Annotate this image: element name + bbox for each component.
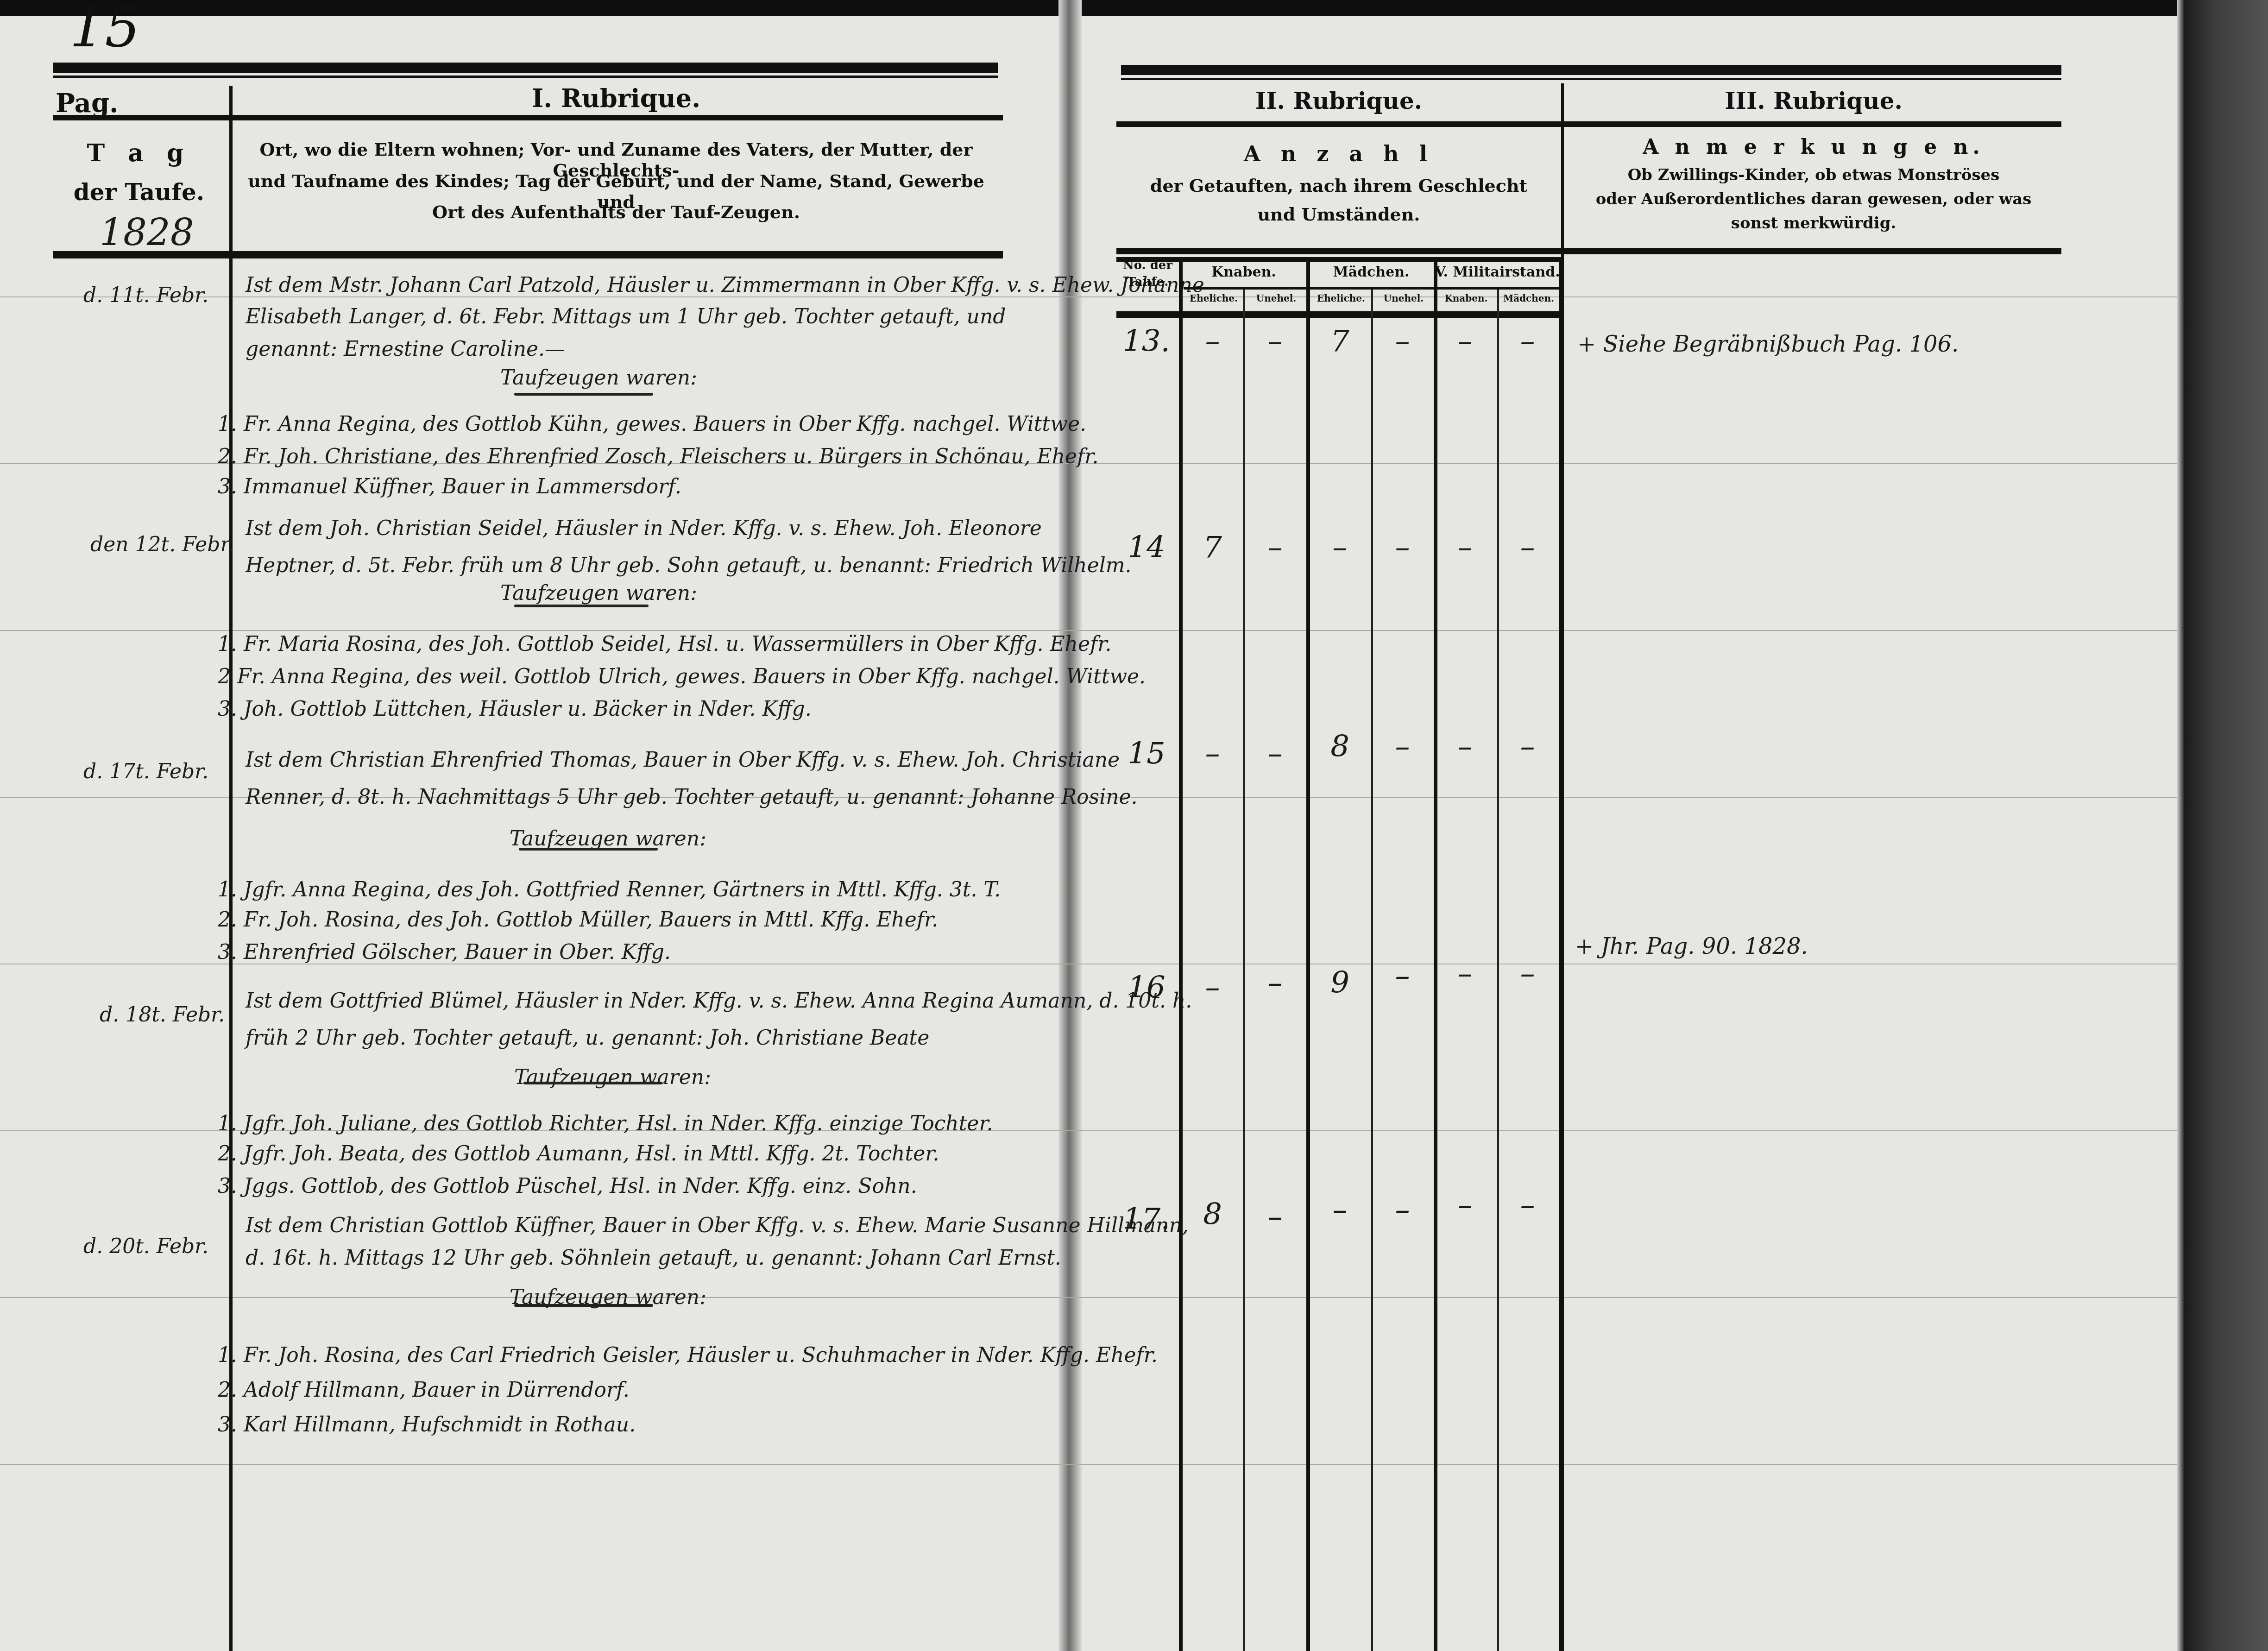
grid-cell-mil-knaben: – bbox=[1436, 957, 1494, 991]
witness-heading-underline bbox=[514, 393, 653, 396]
witness-heading: Taufzeugen waren: bbox=[510, 827, 706, 851]
grid-cell-maedchen-unehel: – bbox=[1373, 324, 1431, 359]
ruled-line bbox=[0, 630, 2177, 631]
rubrique-3-desc-line-4: sonst merkwürdig. bbox=[1566, 214, 2061, 233]
grid-header-no: No. der Taufe. bbox=[1116, 257, 1179, 290]
register-scan: 15 Pag. T a g der Taufe. 1828 I. Rubriqu… bbox=[0, 0, 2268, 1651]
scan-top-shadow bbox=[0, 0, 2268, 16]
grid-column-divider bbox=[1371, 290, 1373, 1651]
entry-text-line: Ist dem Christian Gottlob Küffner, Bauer… bbox=[246, 1214, 1189, 1237]
rubrique-2-desc-line-1: A n z a h l bbox=[1121, 141, 1556, 166]
witness-heading: Taufzeugen waren: bbox=[500, 366, 697, 390]
witness-heading-underline bbox=[519, 848, 658, 851]
witness-heading-underline bbox=[514, 1304, 653, 1307]
entry-text-line: d. 16t. h. Mittags 12 Uhr geb. Söhnlein … bbox=[246, 1246, 1061, 1270]
grid-header-knaben-eheliche: Eheliche. bbox=[1184, 293, 1244, 304]
witness-line: 1. Fr. Maria Rosina, des Joh. Gottlob Se… bbox=[218, 632, 1111, 656]
header-top-rule-thin bbox=[53, 76, 998, 78]
grid-cell-maedchen-ehel: 9 bbox=[1311, 966, 1369, 1000]
header-bottom-rule bbox=[1116, 248, 2061, 254]
witness-line: 2. Fr. Joh. Rosina, des Joh. Gottlob Mül… bbox=[218, 908, 938, 932]
rubrique-2-title: II. Rubrique. bbox=[1121, 87, 1556, 114]
rubrique-1-title: I. Rubrique. bbox=[234, 83, 998, 113]
pag-header: Pag. bbox=[56, 88, 222, 119]
grid-cell-mil-maedchen: – bbox=[1499, 324, 1556, 359]
entry-text-line: Ist dem Gottfried Blümel, Häusler in Nde… bbox=[246, 989, 1192, 1013]
entry-text-line: Heptner, d. 5t. Febr. früh um 8 Uhr geb.… bbox=[246, 554, 1132, 577]
grid-cell-no: 17. bbox=[1119, 1202, 1174, 1236]
witness-line: 3. Joh. Gottlob Lüttchen, Häusler u. Bäc… bbox=[218, 697, 812, 721]
entry-date: d. 11t. Febr. bbox=[83, 284, 208, 307]
grid-cell-mil-maedchen: – bbox=[1499, 530, 1556, 565]
entry-text-line: genannt: Ernestine Caroline.— bbox=[246, 337, 565, 361]
entry-text-line: Ist dem Christian Ehrenfried Thomas, Bau… bbox=[246, 748, 1120, 772]
entry-text-line: Renner, d. 8t. h. Nachmittags 5 Uhr geb.… bbox=[246, 785, 1138, 809]
grid-cell-knaben-ehel: 7 bbox=[1184, 530, 1241, 565]
grid-cell-maedchen-unehel: – bbox=[1373, 730, 1431, 764]
header-bottom-rule bbox=[53, 251, 1003, 258]
grid-column-divider bbox=[1559, 257, 1563, 1651]
witness-heading-underline bbox=[523, 1082, 662, 1084]
grid-cell-knaben-ehel: 8 bbox=[1184, 1197, 1241, 1232]
witness-line: 3. Ehrenfried Gölscher, Bauer in Ober. K… bbox=[218, 940, 671, 964]
remark-text: + Jhr. Pag. 90. 1828. bbox=[1575, 933, 1808, 959]
grid-cell-no: 16 bbox=[1119, 970, 1174, 1005]
grid-header-mil-knaben: Knaben. bbox=[1436, 293, 1496, 304]
grid-cell-maedchen-unehel: – bbox=[1373, 530, 1431, 565]
rubrique-3-title: III. Rubrique. bbox=[1566, 87, 2061, 114]
rubrique-1-desc-line-3: Ort des Aufenthalts der Tauf-Zeugen. bbox=[234, 202, 998, 222]
entry-text-line: Ist dem Joh. Christian Seidel, Häusler i… bbox=[246, 517, 1042, 540]
grid-header-militairstand: V. Militairstand. bbox=[1434, 264, 1561, 280]
grid-cell-no: 15 bbox=[1119, 737, 1174, 771]
witness-heading-underline bbox=[514, 605, 649, 607]
witness-line: 3. Immanuel Küffner, Bauer in Lammersdor… bbox=[218, 475, 681, 498]
grid-cell-maedchen-unehel: – bbox=[1373, 1193, 1431, 1227]
witness-heading: Taufzeugen waren: bbox=[514, 1065, 711, 1089]
grid-cell-mil-knaben: – bbox=[1436, 324, 1494, 359]
grid-cell-knaben-unehel: – bbox=[1246, 530, 1304, 565]
witness-line: 2. Jgfr. Joh. Beata, des Gottlob Aumann,… bbox=[218, 1142, 939, 1166]
rubrique-2-desc-line-2: der Getauften, nach ihrem Geschlecht bbox=[1121, 175, 1556, 196]
grid-cell-maedchen-ehel: – bbox=[1311, 530, 1369, 565]
tag-header: T a g bbox=[56, 139, 222, 167]
witness-line: 1. Jgfr. Joh. Juliane, des Gottlob Richt… bbox=[218, 1112, 993, 1135]
grid-cell-maedchen-ehel: 7 bbox=[1311, 324, 1369, 359]
grid-header-knaben-unehel: Unehel. bbox=[1246, 293, 1306, 304]
grid-cell-no: 14 bbox=[1119, 530, 1174, 565]
entry-text-line: früh 2 Uhr geb. Tochter getauft, u. gena… bbox=[246, 1026, 929, 1050]
grid-top-rule bbox=[1116, 257, 1561, 262]
witness-line: 1. Fr. Anna Regina, des Gottlob Kühn, ge… bbox=[218, 412, 1086, 436]
grid-cell-mil-knaben: – bbox=[1436, 1188, 1494, 1222]
page-edge-shadow bbox=[2177, 0, 2268, 1651]
rubrique-3-desc-line-2: Ob Zwillings-Kinder, ob etwas Monströses bbox=[1566, 166, 2061, 184]
grid-column-divider bbox=[1243, 290, 1245, 1651]
grid-header-maedchen-eheliche: Eheliche. bbox=[1311, 293, 1371, 304]
grid-cell-knaben-ehel: – bbox=[1184, 970, 1241, 1005]
page-number-mark: 15 bbox=[69, 0, 140, 60]
header-top-rule bbox=[53, 63, 998, 73]
grid-cell-maedchen-ehel: – bbox=[1311, 1193, 1369, 1227]
entry-date: d. 18t. Febr. bbox=[100, 1003, 225, 1027]
witness-line: 3. Jggs. Gottlob, des Gottlob Püschel, H… bbox=[218, 1174, 917, 1198]
grid-cell-knaben-unehel: – bbox=[1246, 966, 1304, 1000]
grid-cell-mil-knaben: – bbox=[1436, 530, 1494, 565]
grid-cell-knaben-unehel: – bbox=[1246, 324, 1304, 359]
rubrique-3-desc-line-1: A n m e r k u n g e n. bbox=[1566, 135, 2061, 159]
grid-cell-mil-knaben: – bbox=[1436, 730, 1494, 764]
witness-line: 1. Fr. Joh. Rosina, des Carl Friedrich G… bbox=[218, 1343, 1158, 1367]
grid-header-maedchen-unehel: Unehel. bbox=[1373, 293, 1434, 304]
grid-cell-maedchen-ehel: 8 bbox=[1311, 730, 1369, 764]
witness-heading: Taufzeugen waren: bbox=[500, 581, 697, 605]
grid-header-maedchen: Mädchen. bbox=[1309, 264, 1434, 280]
grid-header-mil-maedchen: Mädchen. bbox=[1499, 293, 1559, 304]
grid-column-divider bbox=[1306, 257, 1310, 1651]
entry-text-line: Elisabeth Langer, d. 6t. Febr. Mittags u… bbox=[246, 305, 1006, 328]
witness-line: 2 Fr. Anna Regina, des weil. Gottlob Ulr… bbox=[218, 665, 1146, 688]
witness-line: 3. Karl Hillmann, Hufschmidt in Rothau. bbox=[218, 1413, 636, 1437]
ruled-line bbox=[0, 1297, 2177, 1298]
grid-cell-knaben-ehel: – bbox=[1184, 737, 1241, 771]
taufe-header: der Taufe. bbox=[56, 178, 222, 206]
grid-cell-maedchen-unehel: – bbox=[1373, 959, 1431, 993]
grid-cell-mil-maedchen: – bbox=[1499, 1188, 1556, 1222]
header-top-rule-thin bbox=[1121, 78, 2061, 80]
ruled-line bbox=[0, 1464, 2177, 1465]
remark-text: + Siehe Begräbnißbuch Pag. 106. bbox=[1577, 331, 1959, 357]
entry-date: d. 17t. Febr. bbox=[83, 760, 208, 783]
grid-cell-mil-maedchen: – bbox=[1499, 730, 1556, 764]
grid-header-knaben: Knaben. bbox=[1181, 264, 1306, 280]
grid-header-rule bbox=[1116, 311, 1561, 318]
grid-cell-knaben-ehel: – bbox=[1184, 324, 1241, 359]
grid-cell-no: 13. bbox=[1119, 324, 1174, 359]
header-mid-rule bbox=[1116, 121, 2061, 127]
grid-cell-mil-maedchen: – bbox=[1499, 957, 1556, 991]
book-spine bbox=[1058, 0, 1082, 1651]
rubrique-3-desc-line-3: oder Außerordentliches daran gewesen, od… bbox=[1566, 190, 2061, 208]
witness-line: 2. Fr. Joh. Christiane, des Ehrenfried Z… bbox=[218, 445, 1099, 468]
entry-date: d. 20t. Febr. bbox=[83, 1235, 208, 1258]
witness-line: 1. Jgfr. Anna Regina, des Joh. Gottfried… bbox=[218, 878, 1001, 901]
grid-cell-knaben-unehel: – bbox=[1246, 1200, 1304, 1234]
register-year: 1828 bbox=[100, 211, 194, 254]
header-top-rule bbox=[1121, 65, 2061, 75]
entry-text-line: Ist dem Mstr. Johann Carl Patzold, Häusl… bbox=[246, 273, 1204, 297]
witness-line: 2. Adolf Hillmann, Bauer in Dürrendorf. bbox=[218, 1378, 630, 1402]
grid-column-divider bbox=[1434, 257, 1437, 1651]
rubrique-2-desc-line-3: und Umständen. bbox=[1121, 204, 1556, 225]
grid-column-divider bbox=[1179, 257, 1183, 1651]
entry-date: den 12t. Febr. bbox=[90, 533, 234, 556]
grid-cell-knaben-unehel: – bbox=[1246, 737, 1304, 771]
